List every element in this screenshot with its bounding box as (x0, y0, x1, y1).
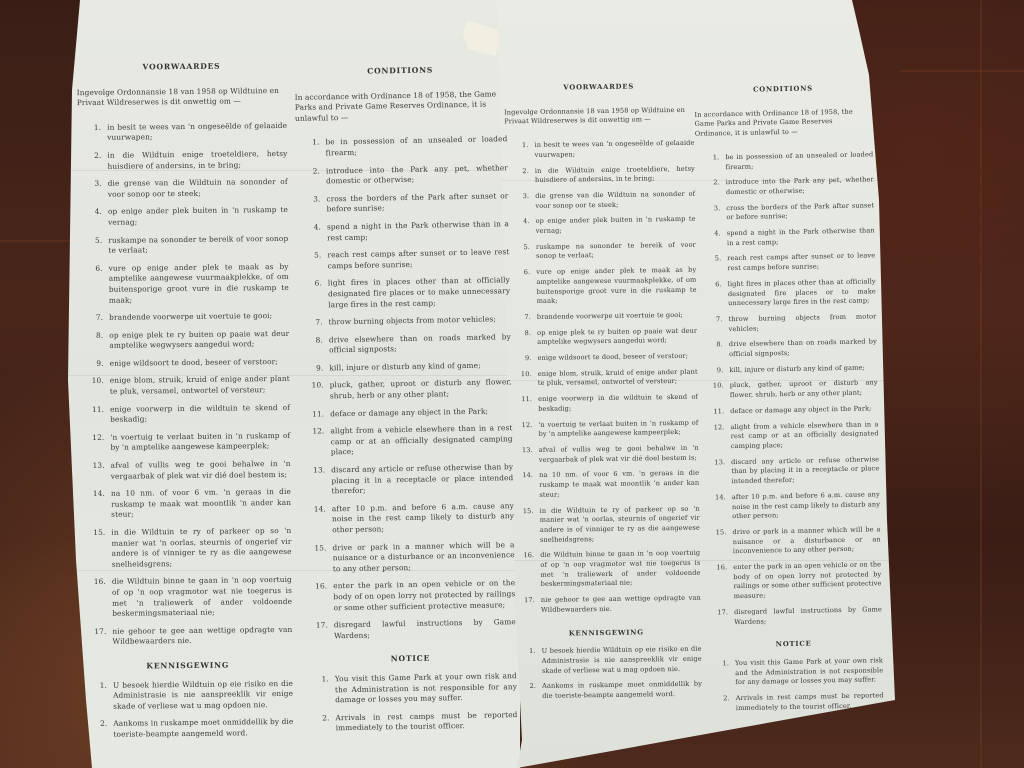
condition-item: 9. enige wildsoort te dood, beseer of ve… (507, 352, 697, 364)
item-number: 5. (697, 255, 727, 275)
item-text: pluck, gather, uproot or disturb any flo… (730, 379, 878, 401)
item-text: Arrivals in rest camps must be reported … (736, 691, 884, 713)
condition-item: 11. enige voorwerp in die wildtuin te sk… (508, 393, 698, 415)
item-number: 11. (300, 409, 330, 420)
item-number: 11. (700, 407, 730, 417)
item-number: 2. (296, 166, 326, 188)
condition-item: 10. pluck, gather, uproot or disturb any… (300, 378, 512, 403)
item-text: kill, injure or disturb any kind of game… (329, 360, 511, 374)
item-text: Arrivals in rest camps must be reported … (335, 710, 517, 734)
item-number: 9. (299, 363, 329, 374)
afrikaans-column-right: VOORWAARDESIngevolge Ordonnansie 18 van … (504, 82, 703, 708)
item-number: 8. (299, 335, 329, 357)
item-text: alight from a vehicle elsewhere than in … (730, 420, 879, 452)
item-number: 7. (79, 313, 109, 324)
item-number: 10. (508, 370, 538, 390)
item-number: 15. (81, 528, 111, 571)
item-number: 9. (80, 359, 110, 370)
item-number: 8. (79, 330, 109, 352)
item-text: discard any article or refuse otherwise … (331, 462, 514, 497)
conditions-list: 1. in besit te wees van 'n ongeseëlde of… (77, 121, 292, 648)
notice-item: 1. You visit this Game Park at your own … (705, 656, 884, 689)
condition-item: 7. brandende voorwerpe uit voertuie te g… (507, 311, 697, 323)
item-number: 1. (705, 659, 736, 689)
item-text: deface or damage any object in the Park; (330, 406, 512, 420)
condition-item: 6. light fires in places other than at o… (698, 277, 877, 310)
condition-item: 16. die Wildtuin binne te gaan in 'n oop… (82, 575, 292, 620)
condition-item: 4. spend a night in the Park otherwise t… (297, 219, 509, 244)
item-text: in die Wildtuin te ry of parkeer op so '… (540, 504, 701, 545)
condition-item: 9. kill, injure or disturb any kind of g… (699, 363, 877, 376)
item-number: 11. (508, 395, 538, 415)
item-text: in besit te wees van 'n ongeseëlde of ge… (534, 139, 694, 161)
condition-item: 12. alight from a vehicle elsewhere than… (700, 420, 879, 453)
condition-item: 1. in besit te wees van 'n ongeseëlde of… (504, 139, 694, 161)
item-number: 15. (702, 528, 733, 558)
item-number: 1. (512, 647, 542, 677)
item-text: reach rest camps after sunset or to leav… (327, 247, 509, 271)
condition-item: 6. vure op enige ander plek te maak as b… (506, 266, 697, 307)
item-text: kill, injure or disturb any kind of game… (729, 363, 877, 376)
item-text: You visit this Game Park at your own ris… (735, 656, 884, 688)
condition-item: 5. reach rest camps after sunset or to l… (697, 252, 875, 275)
item-text: enige wildsoort te dood, beseer of verst… (110, 357, 290, 369)
condition-item: 7. throw burning objects from motor vehi… (299, 314, 511, 328)
condition-item: 14. na 10 nm. of voor 6 vm. 'n geraas in… (81, 487, 291, 521)
condition-item: 6. vure op enige ander plek te maak as b… (79, 262, 289, 307)
item-number: 5. (78, 235, 108, 257)
item-text: nie gehoor te gee aan wettige opdragte v… (541, 594, 701, 616)
condition-item: 9. kill, injure or disturb any kind of g… (299, 360, 511, 374)
condition-item: 11. deface or damage any object in the P… (300, 406, 512, 420)
item-text: drive or park in a manner which will be … (732, 525, 881, 557)
condition-item: 7. brandende voorwerpe uit voertuie te g… (79, 311, 289, 324)
item-number: 9. (507, 354, 537, 364)
item-number: 16. (510, 551, 541, 590)
condition-item: 16. enter the park in an open vehicle or… (703, 560, 882, 602)
condition-item: 15. drive or park in a manner which will… (302, 540, 515, 575)
item-number: 3. (296, 194, 326, 216)
condition-item: 17. disregard lawful instructions by Gam… (704, 605, 882, 628)
item-number: 11. (80, 404, 110, 426)
item-text: vure op enige ander plek te maak as by a… (536, 266, 697, 307)
item-text: be in possession of an unsealed or loade… (325, 135, 507, 159)
item-text: afval of vullis weg te gooi behalwe in '… (539, 444, 699, 466)
item-text: cross the borders of the Park after suns… (726, 201, 874, 223)
item-text: afval of vullis weg te gooi behalwe in '… (111, 459, 291, 482)
item-number: 3. (78, 179, 108, 201)
item-number: 2. (505, 166, 535, 186)
item-number: 13. (509, 446, 539, 466)
item-text: die grense van die Wildtuin na sononder … (108, 177, 288, 200)
condition-item: 12. 'n voertuig te verlaat buiten in 'n … (508, 418, 698, 440)
item-number: 13. (701, 458, 732, 488)
condition-item: 3. die grense van die Wildtuin na sonond… (78, 177, 288, 200)
item-text: disregard lawful instructions by Game Wa… (334, 617, 516, 641)
item-text: drive or park in a manner which will be … (332, 540, 515, 575)
item-text: reach rest camps after sunset or to leav… (727, 252, 875, 274)
item-number: 2. (77, 151, 107, 173)
intro-text: Ingevolge Ordonnansie 18 van 1958 op Wil… (504, 105, 694, 127)
item-number: 15. (302, 543, 333, 575)
item-text: die grense van die Wildtuin na sononder … (535, 190, 695, 212)
item-number: 12. (508, 420, 538, 440)
notice-heading: NOTICE (304, 652, 516, 666)
item-text: op enige ander plek buiten in 'n ruskamp… (536, 215, 696, 237)
condition-item: 12. alight from a vehicle elsewhere than… (300, 423, 513, 458)
condition-item: 10. pluck, gather, uproot or disturb any… (700, 379, 878, 402)
notice-item: 2. Aankoms in ruskampe moet onmiddellik … (512, 680, 702, 702)
condition-item: 16. die Wildtuin binne te gaan in 'n oop… (510, 549, 701, 590)
item-text: brandende voorwerpe uit voertuie te gooi… (537, 311, 697, 323)
condition-item: 8. drive elsewhere than on roads marked … (299, 332, 511, 357)
item-text: spend a night in the Park otherwise than… (727, 226, 875, 248)
section-heading: CONDITIONS (294, 64, 506, 78)
item-number: 1. (305, 674, 336, 706)
item-text: in besit te wees van 'n ongeseëlde of ge… (107, 121, 287, 144)
item-number: 8. (507, 329, 537, 349)
condition-item: 1. be in possession of an unsealed or lo… (295, 135, 507, 160)
condition-item: 12. 'n voertuig te verlaat buiten in 'n … (80, 431, 290, 454)
notice-item: 1. U besoek hierdie Wildtuin op eie risi… (512, 645, 702, 677)
item-text: introduce into the Park any pet, whether… (326, 163, 508, 187)
item-number: 5. (297, 250, 327, 272)
condition-item: 14. after 10 p.m. and before 6 a.m. caus… (302, 501, 515, 536)
condition-item: 2. introduce into the Park any pet, whet… (696, 176, 874, 199)
item-text: enige blom, struik, kruid of enige ander… (538, 367, 698, 389)
item-number: 10. (700, 382, 730, 402)
wood-grain (980, 0, 982, 768)
intro-text: Ingevolge Ordonnansie 18 van 1958 op Wil… (77, 86, 287, 109)
notice-section: NOTICE 1. You visit this Game Park at yo… (705, 638, 884, 714)
notice-heading: KENNISGEWING (83, 660, 293, 673)
condition-item: 16. enter the park in an open vehicle or… (303, 578, 516, 613)
item-number: 2. (706, 694, 736, 714)
notice-heading: NOTICE (705, 638, 883, 651)
condition-item: 5. reach rest camps after sunset or to l… (297, 247, 509, 272)
item-text: deface or damage any object in the Park; (730, 404, 878, 417)
item-number: 2. (512, 682, 542, 702)
notice-section: KENNISGEWING 1. U besoek hierdie Wildtui… (83, 660, 294, 741)
item-number: 13. (81, 461, 111, 483)
item-text: drive elsewhere than on roads marked by … (329, 332, 511, 356)
condition-item: 4. spend a night in the Park otherwise t… (697, 226, 875, 249)
item-number: 17. (304, 620, 334, 642)
item-text: introduce into the Park any pet, whether… (726, 176, 874, 198)
item-text: enige wildsoort te dood, beseer of verst… (537, 352, 697, 364)
item-text: discard any article or refuse otherwise … (731, 455, 880, 487)
condition-item: 15. drive or park in a manner which will… (702, 525, 881, 558)
condition-item: 8. drive elsewhere than on roads marked … (699, 338, 877, 361)
item-number: 9. (699, 366, 729, 376)
condition-item: 14. after 10 p.m. and before 6 a.m. caus… (702, 490, 881, 523)
condition-item: 17. nie gehoor te gee aan wettige opdrag… (511, 594, 701, 616)
condition-item: 3. cross the borders of the Park after s… (296, 191, 508, 216)
item-number: 17. (511, 596, 541, 616)
item-text: enter the park in an open vehicle or on … (733, 560, 882, 602)
item-text: Aankoms in ruskampe moet onmiddellik by … (542, 680, 702, 702)
item-text: die Wildtuin binne te gaan in 'n oop voe… (112, 575, 292, 619)
item-text: throw burning objects from motor vehicle… (728, 312, 876, 334)
item-text: ruskampe na sononder te bereik of voor s… (108, 233, 288, 256)
condition-item: 3. die grense van die Wildtuin na sonond… (505, 190, 695, 212)
item-text: cross the borders of the Park after suns… (326, 191, 508, 215)
item-number: 17. (82, 627, 112, 649)
section-heading: VOORWAARDES (504, 82, 694, 94)
item-number: 16. (303, 582, 334, 614)
condition-item: 4. op enige ander plek buiten in 'n rusk… (506, 215, 696, 237)
item-number: 14. (702, 493, 733, 523)
item-number: 1. (83, 680, 113, 712)
item-text: nie gehoor te gee aan wettige opdragte v… (112, 625, 292, 648)
notice-item: 2. Arrivals in rest camps must be report… (305, 710, 517, 735)
item-text: in die Wildtuin te ry of parkeer op so '… (111, 526, 291, 570)
item-text: in die Wildtuin enige troeteldiere, hets… (107, 149, 287, 172)
english-column-left: CONDITIONSIn accordance with Ordinance 1… (294, 64, 518, 742)
item-text: be in possession of an unsealed or loade… (725, 150, 873, 172)
item-text: after 10 p.m. and before 6 a.m. cause an… (732, 490, 881, 522)
item-text: light fires in places other than at offi… (328, 275, 511, 310)
item-text: alight from a vehicle elsewhere than in … (330, 423, 513, 458)
item-text: spend a night in the Park otherwise than… (327, 219, 509, 243)
item-number: 1. (504, 141, 534, 161)
item-number: 15. (510, 506, 541, 545)
section-heading: VOORWAARDES (76, 61, 286, 74)
condition-item: 14. na 10 nm. of voor 6 vm. 'n geraas in… (509, 469, 699, 501)
item-number: 14. (81, 489, 111, 521)
item-text: 'n voertuig te verlaat buiten in 'n rusk… (538, 418, 698, 440)
item-text: op enige plek te ry buiten op paaie wat … (537, 326, 697, 348)
item-text: enige voorwerp in die wildtuin te skend … (110, 403, 290, 426)
notice-item: 1. U besoek hierdie Wildtuin op eie risi… (83, 678, 293, 712)
item-number: 12. (300, 427, 331, 459)
item-number: 16. (703, 563, 734, 602)
item-number: 1. (295, 138, 325, 160)
item-number: 1. (695, 153, 725, 173)
item-number: 16. (82, 577, 112, 620)
notice-heading: KENNISGEWING (511, 627, 701, 639)
condition-item: 5. ruskampe na sononder te bereik of voo… (78, 233, 288, 256)
condition-item: 4. op enige ander plek buiten in 'n rusk… (78, 205, 288, 228)
item-number: 3. (505, 192, 535, 212)
condition-item: 9. enige wildsoort te dood, beseer of ve… (80, 357, 290, 370)
item-number: 12. (700, 423, 731, 453)
item-number: 4. (297, 222, 327, 244)
item-text: op enige ander plek buiten in 'n ruskamp… (108, 205, 288, 228)
item-text: 'n voertuig te verlaat buiten in 'n rusk… (110, 431, 290, 454)
intro-text: In accordance with Ordinance 18 of 1958,… (694, 107, 873, 140)
item-text: na 10 nm. of voor 6 vm. 'n geraas in die… (539, 469, 699, 500)
condition-item: 13. discard any article or refuse otherw… (301, 462, 514, 497)
condition-item: 17. disregard lawful instructions by Gam… (304, 617, 516, 642)
item-text: disregard lawful instructions by Game Wa… (734, 605, 882, 627)
condition-item: 8. op enige plek te ry buiten op paaie w… (507, 326, 697, 348)
condition-item: 10. enige blom, struik, kruid of enige a… (80, 374, 290, 397)
condition-item: 13. afval of vullis weg te gooi behalwe … (81, 459, 291, 482)
item-number: 12. (80, 433, 110, 455)
item-text: brandende voorwerpe uit voertuie te gooi… (109, 311, 289, 323)
item-number: 7. (299, 317, 329, 328)
item-text: after 10 p.m. and before 6 a.m. cause an… (332, 501, 515, 536)
condition-item: 15. in die Wildtuin te ry of parkeer op … (510, 504, 701, 545)
item-number: 14. (302, 504, 333, 536)
item-number: 3. (696, 204, 726, 224)
condition-item: 2. in die Wildtuin enige troeteldiere, h… (77, 149, 287, 172)
item-text: drive elsewhere than on roads marked by … (729, 338, 877, 360)
item-text: ruskampe na sononder te bereik of voor s… (536, 240, 696, 262)
notice-item: 2. Arrivals in rest camps must be report… (706, 691, 884, 714)
condition-item: 13. afval of vullis weg te gooi behalwe … (509, 444, 699, 466)
condition-item: 2. in die Wildtuin enige troeteldiere, h… (505, 164, 695, 186)
item-number: 8. (699, 341, 729, 361)
notice-section: NOTICE 1. You visit this Game Park at yo… (304, 652, 517, 734)
item-text: enige voorwerp in die wildtuin te skend … (538, 393, 698, 415)
afrikaans-column-left: VOORWAARDESIngevolge Ordonnansie 18 van … (76, 61, 293, 748)
item-text: pluck, gather, uproot or disturb any flo… (330, 378, 512, 402)
item-number: 6. (506, 268, 537, 307)
wood-grain (900, 70, 1024, 72)
conditions-list: 1. be in possession of an unsealed or lo… (295, 135, 516, 643)
item-text: enter the park in an open vehicle or on … (333, 578, 516, 613)
condition-item: 3. cross the borders of the Park after s… (696, 201, 874, 224)
condition-item: 13. discard any article or refuse otherw… (701, 455, 880, 488)
condition-item: 15. in die Wildtuin te ry of parkeer op … (81, 526, 291, 571)
condition-item: 6. light fires in places other than at o… (298, 275, 511, 310)
item-text: enige blom, struik, kruid of enige ander… (110, 374, 290, 397)
item-text: throw burning objects from motor vehicle… (328, 314, 510, 328)
item-text: in die Wildtuin enige troeteldiere, hets… (535, 164, 695, 186)
item-text: You visit this Game Park at your own ris… (335, 671, 518, 706)
condition-item: 17. nie gehoor te gee aan wettige opdrag… (82, 625, 292, 648)
condition-item: 7. throw burning objects from motor vehi… (698, 312, 876, 335)
item-text: die Wildtuin binne te gaan in 'n oop voe… (540, 549, 701, 590)
item-text: vure op enige ander plek te maak as by a… (109, 262, 289, 306)
item-number: 17. (704, 608, 734, 628)
item-text: U besoek hierdie Wildtuin op eie risiko … (113, 678, 293, 712)
item-number: 4. (697, 229, 727, 249)
item-number: 2. (83, 719, 113, 741)
item-number: 7. (698, 315, 728, 335)
item-number: 2. (696, 178, 726, 198)
notice-item: 2. Aankoms in ruskampe moet onmiddellik … (83, 717, 293, 740)
condition-item: 11. deface or damage any object in the P… (700, 404, 878, 417)
english-column-right: CONDITIONSIn accordance with Ordinance 1… (694, 83, 884, 720)
item-text: U besoek hierdie Wildtuin op eie risiko … (542, 645, 702, 676)
item-number: 1. (77, 123, 107, 145)
conditions-list: 1. be in possession of an unsealed or lo… (695, 150, 882, 628)
condition-item: 8. op enige plek te ry buiten op paaie w… (79, 329, 289, 352)
conditions-list: 1. in besit te wees van 'n ongeseëlde of… (504, 139, 701, 616)
item-number: 4. (78, 207, 108, 229)
condition-item: 5. ruskampe na sononder te bereik of voo… (506, 240, 696, 262)
item-number: 14. (509, 471, 539, 501)
notice-section: KENNISGEWING 1. U besoek hierdie Wildtui… (511, 627, 702, 702)
item-text: na 10 nm. of voor 6 vm. 'n geraas in die… (111, 487, 291, 521)
item-number: 10. (80, 376, 110, 398)
item-number: 6. (298, 279, 329, 311)
item-number: 6. (698, 280, 729, 310)
condition-item: 11. enige voorwerp in die wildtuin te sk… (80, 403, 290, 426)
item-number: 5. (506, 243, 536, 263)
item-text: op enige plek te ry buiten op paaie wat … (109, 329, 289, 352)
section-heading: CONDITIONS (694, 83, 872, 96)
item-text: Aankoms in ruskampe moet onmiddellik by … (113, 717, 293, 740)
item-text: light fires in places other than at offi… (728, 277, 877, 309)
item-number: 4. (506, 217, 536, 237)
condition-item: 1. be in possession of an unsealed or lo… (695, 150, 873, 173)
item-number: 6. (79, 264, 109, 307)
condition-item: 10. enige blom, struik, kruid of enige a… (508, 367, 698, 389)
item-number: 10. (300, 381, 330, 403)
condition-item: 1. in besit te wees van 'n ongeseëlde of… (77, 121, 287, 144)
condition-item: 2. introduce into the Park any pet, whet… (296, 163, 508, 188)
intro-text: In accordance with Ordinance 18 of 1958,… (295, 89, 508, 124)
item-number: 2. (305, 713, 335, 735)
wood-grain (0, 240, 70, 242)
notice-item: 1. You visit this Game Park at your own … (305, 671, 518, 706)
item-number: 13. (301, 465, 332, 497)
item-number: 7. (507, 313, 537, 323)
